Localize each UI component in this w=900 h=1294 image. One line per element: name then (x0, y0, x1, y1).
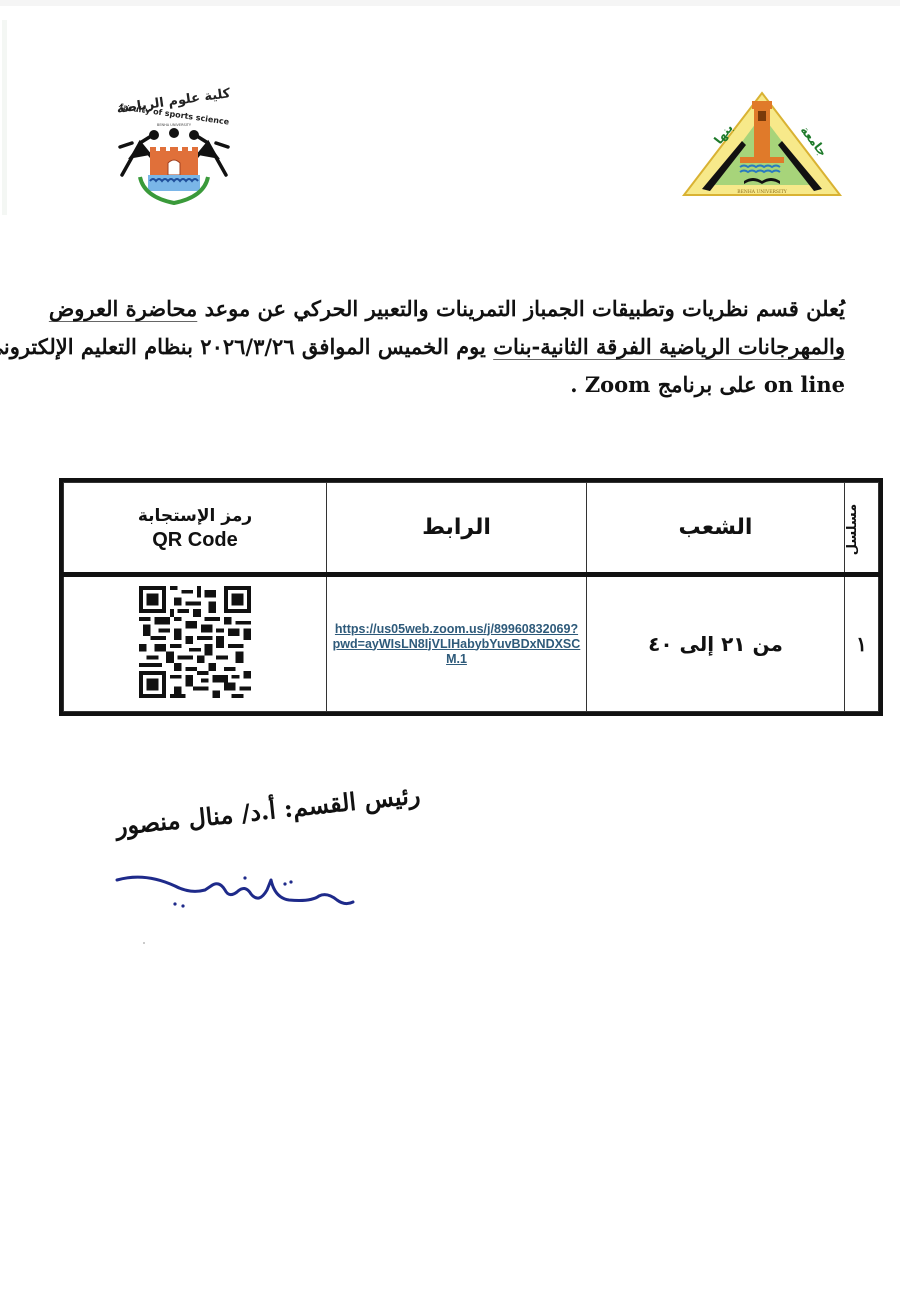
svg-text:BENHA UNIVERSITY: BENHA UNIVERSITY (737, 189, 787, 195)
announcement-line-1-text: يُعلن قسم نظريات وتطبيقات الجمباز التمري… (197, 296, 845, 321)
schedule-table: مسلسل الشعب الرابط رمز الإستجابة QR Code… (59, 478, 883, 716)
announcement-line-2-text: يوم الخميس الموافق ٢٠٢٦/٣/٢٦ بنظام التعل… (0, 334, 493, 359)
cell-link: https://us05web.zoom.us/j/89960832069?pw… (327, 575, 587, 712)
zoom-meeting-link[interactable]: https://us05web.zoom.us/j/89960832069?pw… (332, 622, 582, 667)
announcement-line-1: يُعلن قسم نظريات وتطبيقات الجمباز التمري… (140, 290, 845, 328)
department-head-title: رئيس القسم: أ.د/ منال منصور (140, 780, 421, 838)
table-header-row: مسلسل الشعب الرابط رمز الإستجابة QR Code (64, 483, 879, 575)
header-qr-english: QR Code (64, 528, 326, 552)
announcement-line-2: والمهرجانات الرياضية الفرقة الثانية-بنات… (140, 328, 845, 366)
table-row: ١ من ٢١ إلى ٤٠ https://us05web.zoom.us/j… (64, 575, 879, 712)
announcement-text: يُعلن قسم نظريات وتطبيقات الجمباز التمري… (140, 290, 845, 404)
header-qr-arabic: رمز الإستجابة (138, 506, 252, 526)
header-link: الرابط (327, 483, 587, 575)
cell-section: من ٢١ إلى ٤٠ (587, 575, 845, 712)
top-bar (0, 0, 900, 6)
header-serial-label: مسلسل (845, 504, 860, 555)
header-serial: مسلسل (845, 483, 879, 575)
stray-dot (143, 942, 145, 944)
faculty-logo: كلية علوم الرياضة faculty of sports scie… (110, 85, 238, 213)
cell-qr (64, 575, 327, 712)
announcement-line-3: on line على برنامج Zoom . (140, 366, 845, 404)
university-logo: بنها جامعة BENHA UNIVERSITY (680, 85, 845, 205)
cell-serial: ١ (845, 575, 879, 712)
qr-code-image[interactable] (139, 586, 251, 698)
page-edge (2, 20, 7, 215)
header-section: الشعب (587, 483, 845, 575)
announcement-underlined-group: والمهرجانات الرياضية الفرقة الثانية-بنات (493, 334, 845, 359)
announcement-underlined-lecture: محاضرة العروض (49, 296, 197, 321)
handwritten-signature (115, 870, 355, 920)
svg-text:BENHA UNIVERSITY: BENHA UNIVERSITY (157, 123, 192, 127)
header-qr: رمز الإستجابة QR Code (64, 483, 327, 575)
